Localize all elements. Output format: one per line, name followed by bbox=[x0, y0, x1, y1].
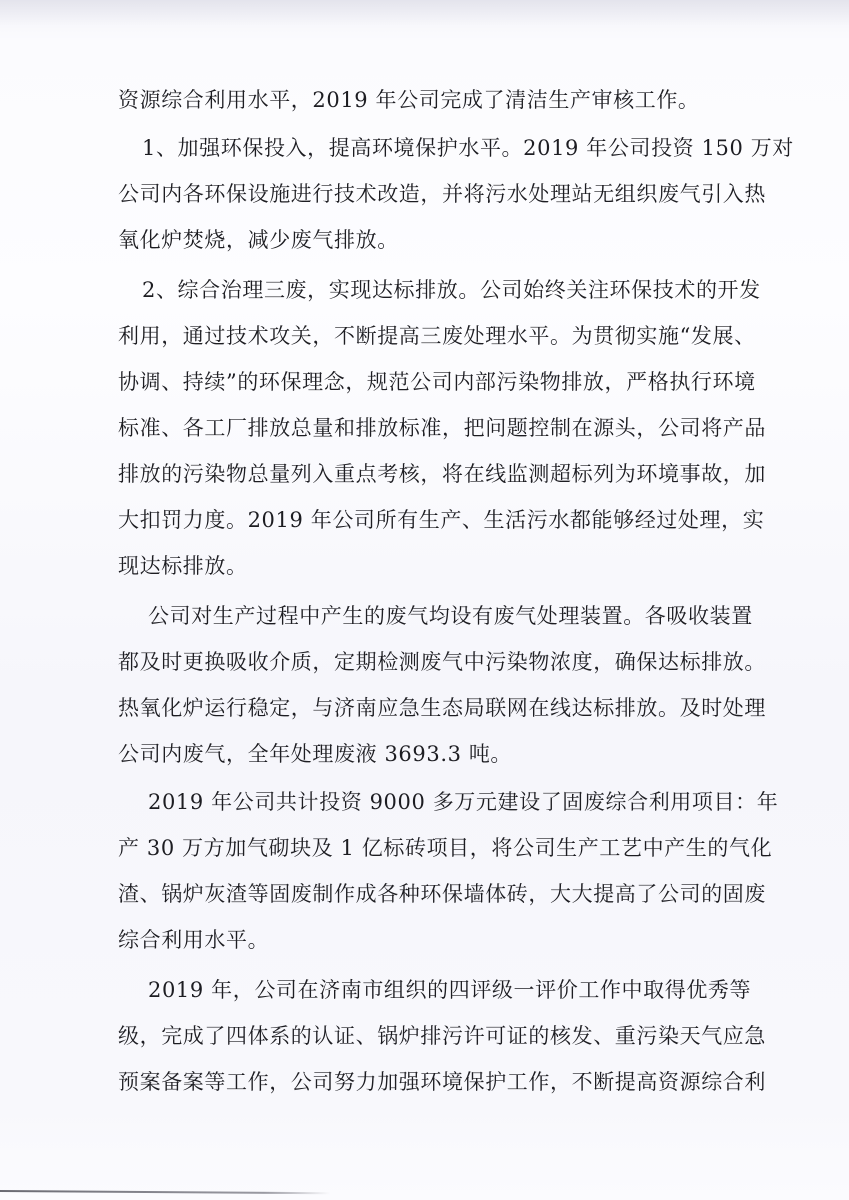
text-line: 公司对生产过程中产生的废气均设有废气处理装置。各吸收装置 bbox=[148, 598, 753, 634]
text-line: 渣、锅炉灰渣等固废制作成各种环保墙体砖，大大提高了公司的固废 bbox=[118, 876, 766, 912]
text-line: 综合利用水平。 bbox=[118, 922, 269, 958]
text-line: 2019 年，公司在济南市组织的四评级一评价工作中取得优秀等 bbox=[148, 972, 751, 1008]
page-edge-shadow bbox=[0, 1190, 330, 1194]
text-line: 标准、各工厂排放总量和排放标准，把问题控制在源头，公司将产品 bbox=[118, 410, 766, 446]
text-line: 1、加强环保投入，提高环境保护水平。2019 年公司投资 150 万对 bbox=[142, 130, 794, 166]
text-line: 资源综合利用水平，2019 年公司完成了清洁生产审核工作。 bbox=[118, 82, 700, 118]
text-line: 大扣罚力度。2019 年公司所有生产、生活污水都能够经过处理，实 bbox=[118, 502, 764, 538]
text-line: 都及时更换吸收介质，定期检测废气中污染物浓度，确保达标排放。 bbox=[118, 644, 766, 680]
text-line: 氧化炉焚烧，减少废气排放。 bbox=[118, 222, 399, 258]
text-line: 排放的污染物总量列入重点考核，将在线监测超标列为环境事故，加 bbox=[118, 456, 766, 492]
scan-shadow bbox=[0, 0, 849, 26]
text-line: 产 30 万方加气砌块及 1 亿标砖项目，将公司生产工艺中产生的气化 bbox=[118, 830, 772, 866]
text-line: 2019 年公司共计投资 9000 多万元建设了固废综合利用项目：年 bbox=[148, 784, 778, 820]
text-line: 预案备案等工作，公司努力加强环境保护工作，不断提高资源综合利 bbox=[118, 1064, 766, 1100]
text-line: 热氧化炉运行稳定，与济南应急生态局联网在线达标排放。及时处理 bbox=[118, 690, 766, 726]
text-line: 公司内各环保设施进行技术改造，并将污水处理站无组织废气引入热 bbox=[118, 176, 766, 212]
scanned-page: 资源综合利用水平，2019 年公司完成了清洁生产审核工作。 1、加强环保投入，提… bbox=[0, 0, 849, 1200]
text-line: 级，完成了四体系的认证、锅炉排污许可证的核发、重污染天气应急 bbox=[118, 1018, 766, 1054]
text-line: 2、综合治理三废，实现达标排放。公司始终关注环保技术的开发 bbox=[142, 272, 761, 308]
text-line: 公司内废气，全年处理废液 3693.3 吨。 bbox=[118, 736, 512, 772]
text-line: 协调、持续”的环保理念，规范公司内部污染物排放，严格执行环境 bbox=[118, 364, 756, 400]
text-line: 现达标排放。 bbox=[118, 548, 248, 584]
text-line: 利用，通过技术攻关，不断提高三废处理水平。为贯彻实施“发展、 bbox=[118, 318, 756, 354]
